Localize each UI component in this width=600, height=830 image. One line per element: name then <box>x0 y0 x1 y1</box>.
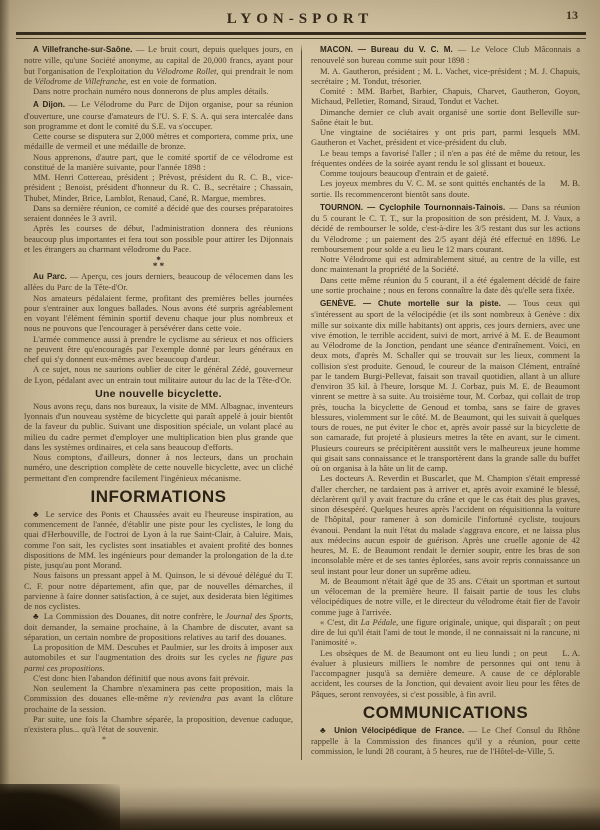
text-run: Par suite, une fois la Chambre séparée, … <box>24 714 293 734</box>
text-run: M. de Beaumont n'était âgé que de 35 ans… <box>311 576 580 617</box>
article-lead-in: Au Parc. <box>33 272 67 281</box>
paragraph: MM. Henri Cottereau, président ; Prévost… <box>24 172 293 203</box>
text-run: n'y reviendra pas <box>164 693 229 703</box>
paragraph: ♣ La Commission des Douanes, dit notre c… <box>24 611 293 642</box>
section-heading: INFORMATIONS <box>24 487 293 507</box>
text-run: C'est donc bien l'abandon définitif que … <box>33 673 249 683</box>
paragraph: ♣ Le service des Ponts et Chaussées avai… <box>24 509 293 571</box>
paragraph: Dans sa dernière réunion, ce comité a dé… <box>24 203 293 224</box>
bottom-left-dark-corner <box>0 784 120 830</box>
paragraph: MACON. — Bureau du V. C. M. — Le Veloce … <box>311 44 580 66</box>
article: ♣ Union Vélocipédique de France. — Le Ch… <box>311 725 580 757</box>
masthead-title: LYON-SPORT <box>227 11 373 28</box>
paragraph: Non seulement la Chambre n'examinera pas… <box>24 683 293 714</box>
article-lead-in: Union Vélocipédique de France. <box>334 726 464 735</box>
paragraph: Dans notre prochain numéro nous donneron… <box>24 86 293 96</box>
signature: M. B. <box>545 178 580 188</box>
article: Nous avons reçu, dans nos bureaux, la vi… <box>24 401 293 483</box>
text-run: Nous faisons un pressant appel à M. Quin… <box>24 570 293 611</box>
right-column: MACON. — Bureau du V. C. M. — Le Veloce … <box>302 44 580 760</box>
text-run: M. A. Gautheron, président ; M. L. Vache… <box>311 66 580 86</box>
text-run: Dans cette même réunion du 5 courant, il… <box>311 275 580 295</box>
page-number: 13 <box>566 8 578 23</box>
paragraph: M. B.Les joyeux membres du V. C. M. se s… <box>311 178 580 199</box>
article: TOURNON. — Cyclophile Tournonnais-Tainoi… <box>311 202 580 295</box>
text-run: Dans sa dernière réunion, ce comité a dé… <box>24 203 293 223</box>
asterism-separator: ** * <box>24 257 293 269</box>
paragraph: Après les courses de début, l'administra… <box>24 223 293 254</box>
text-run: Les docteurs A. Reverdin et Buscarlet, q… <box>311 473 580 575</box>
text-run: Les joyeux membres du V. C. M. se sont q… <box>311 178 545 198</box>
paragraph: Les docteurs A. Reverdin et Buscarlet, q… <box>311 473 580 576</box>
asterism-bottom: * * <box>24 263 293 269</box>
paragraph: Nos amateurs pédalaient ferme, profitant… <box>24 293 293 334</box>
text-run: Dimanche dernier ce club avait organisé … <box>311 107 580 127</box>
article: MACON. — Bureau du V. C. M. — Le Veloce … <box>311 44 580 199</box>
text-run: Comme toujours beaucoup d'entrain et de … <box>320 168 488 178</box>
paragraph: ♣ Union Vélocipédique de France. — Le Ch… <box>311 725 580 757</box>
paragraph: Nous avons reçu, dans nos bureaux, la vi… <box>24 401 293 452</box>
paragraph: L. A.Les obsèques de M. de Beaumont ont … <box>311 648 580 699</box>
paragraph: Nous comptons, d'ailleurs, donner à nos … <box>24 452 293 483</box>
paragraph: Comité : MM. Barbet, Barbier, Chapuis, C… <box>311 86 580 107</box>
text-run: La Pédale <box>361 617 396 627</box>
paragraph: M. A. Gautheron, président ; M. L. Vache… <box>311 66 580 87</box>
fleuron-icon: ♣ <box>33 611 44 621</box>
article-lead-in: A Dijon. <box>33 100 65 109</box>
paragraph: Dans cette même réunion du 5 courant, il… <box>311 275 580 296</box>
text-run: Comité : MM. Barbet, Barbier, Chapuis, C… <box>311 86 580 106</box>
paragraph: TOURNON. — Cyclophile Tournonnais-Tainoi… <box>311 202 580 254</box>
page-left-edge-shadow <box>0 0 10 830</box>
paragraph: A ce sujet, nous ne saurions oublier de … <box>24 364 293 385</box>
columns-container: A Villefranche-sur-Saône. — Le bruit cou… <box>24 44 580 760</box>
text-run: . <box>102 663 104 673</box>
text-run: L'armée commence aussi à prendre le cycl… <box>24 334 293 365</box>
paragraph: M. de Beaumont n'était âgé que de 35 ans… <box>311 576 580 617</box>
text-run: Vélodrome de Villefranche <box>35 76 126 86</box>
text-run: « C'est, dit <box>320 617 361 627</box>
text-run: Le beau temps a favorisé l'aller ; il n'… <box>311 148 580 168</box>
paragraph: L'armée commence aussi à prendre le cycl… <box>24 334 293 365</box>
article: GENÈVE. — Chute mortelle sur la piste. —… <box>311 298 580 699</box>
paragraph: « C'est, dit La Pédale, une figure origi… <box>311 617 580 648</box>
text-run: Nous avons reçu, dans nos bureaux, la vi… <box>24 401 293 452</box>
text-run: Les obsèques de M. de Beaumont ont eu li… <box>311 648 580 699</box>
text-run: Journal des Sports <box>226 611 291 621</box>
article-lead-in: GENÈVE. — Chute mortelle sur la piste. <box>320 299 501 308</box>
left-column: A Villefranche-sur-Saône. — Le bruit cou… <box>24 44 301 760</box>
section-heading: COMMUNICATIONS <box>311 703 580 723</box>
paragraph: Comme toujours beaucoup d'entrain et de … <box>311 168 580 178</box>
article: Au Parc. — Aperçu, ces jours derniers, b… <box>24 271 293 385</box>
text-run: Notre Vélodrome qui est admirablement si… <box>311 254 580 274</box>
newspaper-page-scan: LYON-SPORT 13 A Villefranche-sur-Saône. … <box>0 0 600 830</box>
article: A Villefranche-sur-Saône. — Le bruit cou… <box>24 44 293 96</box>
page-header: LYON-SPORT 13 <box>0 0 600 28</box>
paragraph: GENÈVE. — Chute mortelle sur la piste. —… <box>311 298 580 473</box>
text-run: MM. Henri Cottereau, président ; Prévost… <box>24 172 293 203</box>
fleuron-icon: ♣ <box>320 725 334 735</box>
end-mark: * <box>102 737 293 743</box>
text-run: Dans notre prochain numéro nous donneron… <box>33 86 268 96</box>
paragraph: A Dijon. — Le Vélodrome du Parc de Dijon… <box>24 99 293 131</box>
text-run: — Le Vélodrome du Parc de Dijon organise… <box>24 99 293 131</box>
signature: L. A. <box>547 648 580 658</box>
section-heading: Une nouvelle bicyclette. <box>24 388 293 400</box>
paragraph: La proposition de MM. Descubes et Paulmi… <box>24 642 293 673</box>
text-run: A ce sujet, nous ne saurions oublier de … <box>24 364 293 384</box>
paragraph: A Villefranche-sur-Saône. — Le bruit cou… <box>24 44 293 86</box>
article-lead-in: MACON. — Bureau du V. C. M. <box>320 45 453 54</box>
article: ♣ Le service des Ponts et Chaussées avai… <box>24 509 293 735</box>
text-run: Cette course se disputera sur 2,000 mètr… <box>24 131 293 151</box>
paragraph: C'est donc bien l'abandon définitif que … <box>24 673 293 683</box>
paragraph: Le beau temps a favorisé l'aller ; il n'… <box>311 148 580 169</box>
header-rule <box>16 32 586 39</box>
text-run: Nous comptons, d'ailleurs, donner à nos … <box>24 452 293 483</box>
text-run: Une vingtaine de sociétaires y ont pris … <box>311 127 580 147</box>
fleuron-icon: ♣ <box>33 509 46 519</box>
text-run: Après les courses de début, l'administra… <box>24 223 293 254</box>
article: A Dijon. — Le Vélodrome du Parc de Dijon… <box>24 99 293 254</box>
paragraph: Notre Vélodrome qui est admirablement si… <box>311 254 580 275</box>
article-lead-in: TOURNON. — Cyclophile Tournonnais-Tainoi… <box>320 203 505 212</box>
paragraph: Dimanche dernier ce club avait organisé … <box>311 107 580 128</box>
text-run: — Tous ceux qui s'intéressent au sport d… <box>311 298 580 473</box>
paragraph: Cette course se disputera sur 2,000 mètr… <box>24 131 293 152</box>
paragraph: Par suite, une fois la Chambre séparée, … <box>24 714 293 735</box>
text-run: , est en voie de formation. <box>126 76 217 86</box>
text-run: Le service des Ponts et Chaussées avait … <box>24 509 293 570</box>
text-run: Vélodrome Rollet <box>156 66 216 76</box>
text-run: Nos amateurs pédalaient ferme, profitant… <box>24 293 293 334</box>
article-lead-in: A Villefranche-sur-Saône. <box>33 45 132 54</box>
paragraph: Nous faisons un pressant appel à M. Quin… <box>24 570 293 611</box>
paragraph: Au Parc. — Aperçu, ces jours derniers, b… <box>24 271 293 293</box>
paragraph: Nous apprenons, d'autre part, que le com… <box>24 152 293 173</box>
text-run: La Commission des Douanes, dit notre con… <box>44 611 226 621</box>
paragraph: Une vingtaine de sociétaires y ont pris … <box>311 127 580 148</box>
text-run: Nous apprenons, d'autre part, que le com… <box>24 152 293 172</box>
